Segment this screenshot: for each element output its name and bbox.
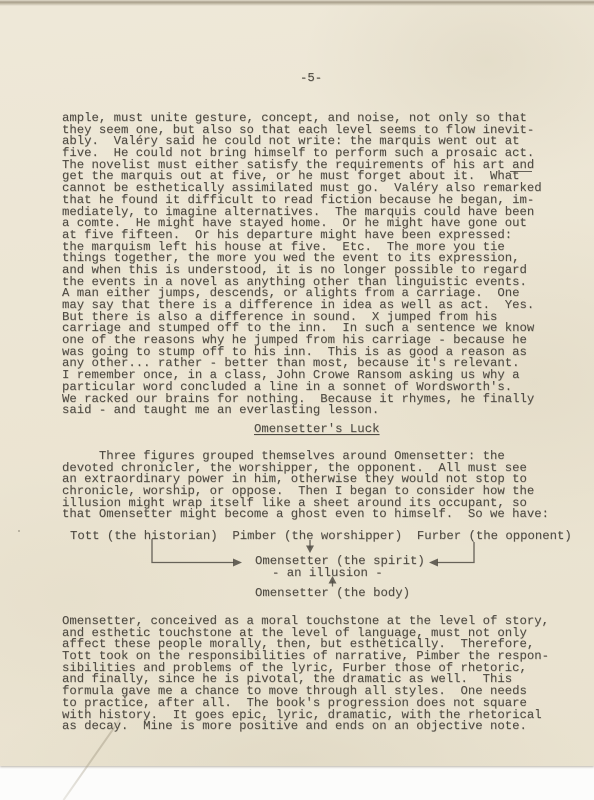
paper-sheet: -5- ample, must unite gesture, concept, … [0,0,594,766]
paragraph-omensetter-intro: Three figures grouped themselves around … [62,451,549,521]
text-line: said - and taught me an everlasting less… [62,405,542,417]
body-to-illusion-up-arrow [329,576,337,587]
character-relationship-diagram: Tott (the historian) Pimber (the worship… [0,528,594,606]
scanned-document-page: -5- ample, must unite gesture, concept, … [0,0,594,800]
text-line: that Omensetter might become a ghost eve… [62,509,549,521]
paper-top-edge [0,0,594,6]
and-word-underline [510,171,532,172]
text-line: as decay. Mine is more positive and ends… [62,721,549,733]
paragraph-conclusion: Omensetter, conceived as a moral touchst… [62,616,549,733]
paragraph-continuation: ample, must unite gesture, concept, and … [62,113,542,417]
pimber-to-spirit-down-arrow [306,540,314,553]
tott-to-spirit-elbow-arrow [152,539,242,567]
diagram-arrows [0,528,594,606]
section-heading: Omensetter's Luck [254,422,379,436]
paper-speck [18,530,20,532]
furber-to-spirit-elbow-arrow [429,542,474,567]
page-number: -5- [300,71,322,85]
